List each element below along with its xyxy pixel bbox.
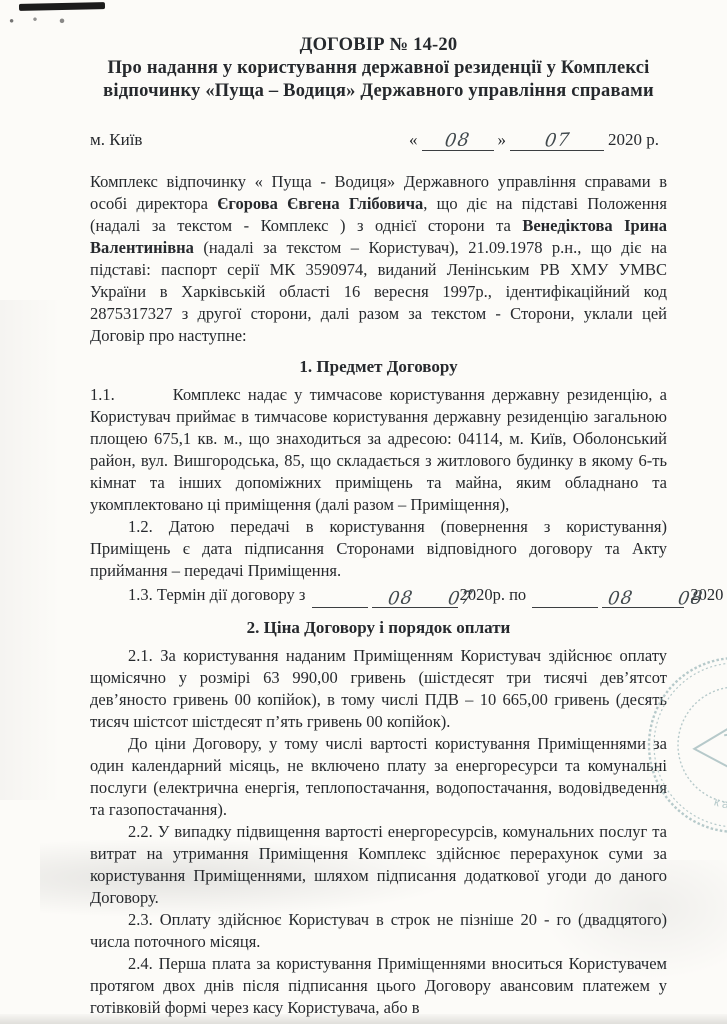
date-day-slot: 08 — [422, 130, 494, 151]
handwritten-from-day: 08 — [348, 585, 415, 614]
handwritten-from-month: 07 — [408, 585, 475, 614]
place-label: м. Київ — [90, 129, 142, 151]
document-title-block: ДОГОВІР № 14-20 Про надання у користуван… — [90, 34, 667, 103]
close-quote: » — [498, 129, 507, 151]
stamp-inner-text: кації — [709, 780, 727, 828]
clause-1-3-prefix: 1.3. Термін дії договору з — [128, 585, 305, 604]
document-body: ДОГОВІР № 14-20 Про надання у користуван… — [90, 34, 667, 1019]
director-name: Єгорова Євгена Глібовича — [217, 194, 423, 213]
clause-2-4: 2.4. Перша плата за користування Приміще… — [90, 953, 667, 1019]
date-year-label: 2020 р. — [608, 129, 659, 151]
place-and-date-row: м. Київ « 08 » 07 2020 р. — [90, 129, 667, 151]
clause-1-3: 1.3. Термін дії договору з 08072020р. по… — [90, 582, 667, 608]
intro-paragraph: Комплекс відпочинку « Пуща - Водиця» Дер… — [90, 171, 667, 347]
clause-2-1-continued: До ціни Договору, у тому числі вартості … — [90, 733, 667, 821]
handwritten-day: 08 — [444, 129, 472, 152]
clause-2-1: 2.1. За користування наданим Приміщенням… — [90, 645, 667, 733]
document-subtitle-line2: відпочинку «Пуща – Водиця» Державного уп… — [90, 80, 667, 103]
term-to-day-slot: 08 — [532, 587, 598, 608]
handwritten-month: 07 — [543, 129, 571, 152]
clause-1-2: 1.2. Датою передачі в користування (пове… — [90, 516, 667, 582]
date-month-slot: 07 — [510, 130, 604, 151]
term-from-day-slot: 08 — [312, 587, 368, 608]
document-subtitle-line1: Про надання у користування державної рез… — [90, 57, 667, 80]
scan-noise-patch — [0, 300, 60, 800]
scanned-contract-page: ДОГОВІР № 14-20 Про надання у користуван… — [0, 0, 727, 1024]
scan-bottom-shadow — [0, 1014, 727, 1024]
clause-2-3: 2.3. Оплату здійснює Користувач в строк … — [90, 909, 667, 953]
section-1-heading: 1. Предмет Договору — [90, 356, 667, 378]
scan-artifact-specks — [8, 16, 68, 24]
handwritten-to-month: 08 — [638, 585, 705, 614]
section-2-heading: 2. Ціна Договору і порядок оплати — [90, 617, 667, 639]
date-group: « 08 » 07 2020 р. — [409, 129, 667, 151]
open-quote: « — [409, 129, 418, 151]
scan-artifact-mark — [19, 2, 105, 11]
clause-2-2: 2.2. У випадку підвищення вартості енерг… — [90, 821, 667, 909]
clause-1-1: 1.1. Комплекс надає у тимчасове користув… — [90, 384, 667, 516]
document-number-title: ДОГОВІР № 14-20 — [90, 34, 667, 57]
handwritten-to-day: 08 — [568, 585, 635, 614]
svg-text:кації: кації — [709, 780, 727, 828]
